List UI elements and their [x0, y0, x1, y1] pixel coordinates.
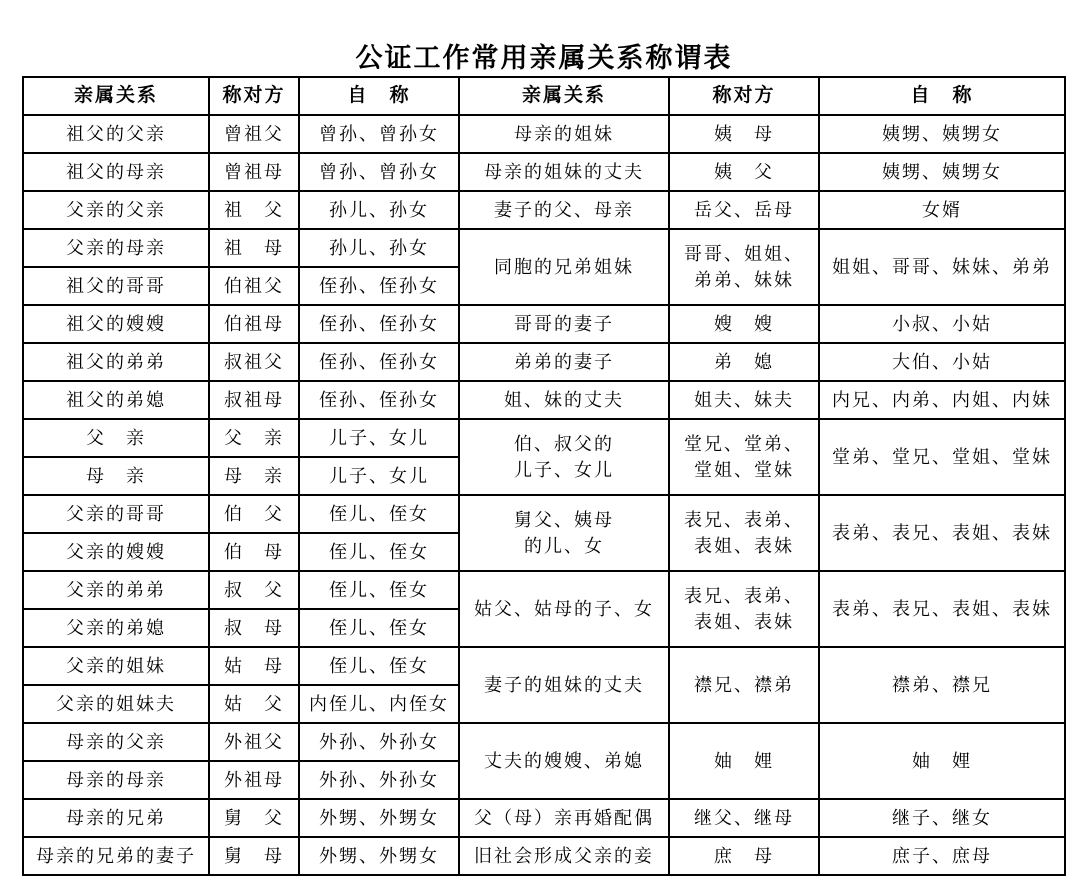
cell-relation: 舅父、姨母 的儿、女	[459, 495, 669, 571]
cell-relation: 父亲的姐妹夫	[23, 685, 209, 723]
cell-relation: 父（母）亲再婚配偶	[459, 799, 669, 837]
cell-self-term: 侄孙、侄孙女	[299, 305, 459, 343]
cell-relation: 姑父、姑母的子、女	[459, 571, 669, 647]
column-header-relation-right: 亲属关系	[459, 77, 669, 115]
cell-relation: 旧社会形成父亲的妾	[459, 837, 669, 875]
cell-call-term: 弟 媳	[669, 343, 819, 381]
cell-self-term: 姨甥、姨甥女	[819, 115, 1065, 153]
cell-self-term: 侄孙、侄孙女	[299, 381, 459, 419]
cell-call-term: 姨 母	[669, 115, 819, 153]
cell-relation: 祖父的嫂嫂	[23, 305, 209, 343]
cell-self-term: 侄儿、侄女	[299, 571, 459, 609]
cell-self-term: 侄儿、侄女	[299, 495, 459, 533]
cell-relation: 父亲的哥哥	[23, 495, 209, 533]
cell-self-term: 侄孙、侄孙女	[299, 267, 459, 305]
cell-call-term: 外祖父	[209, 723, 299, 761]
cell-call-term: 叔祖父	[209, 343, 299, 381]
cell-relation: 母亲的姐妹	[459, 115, 669, 153]
cell-self-term: 内侄儿、内侄女	[299, 685, 459, 723]
cell-call-term: 祖 母	[209, 229, 299, 267]
cell-relation: 祖父的父亲	[23, 115, 209, 153]
table-row: 父亲的哥哥 伯 父 侄儿、侄女 舅父、姨母 的儿、女 表兄、表弟、 表姐、表妹 …	[23, 495, 1065, 533]
cell-self-term: 曾孙、曾孙女	[299, 115, 459, 153]
header-row: 亲属关系 称对方 自 称 亲属关系 称对方 自 称	[23, 77, 1065, 115]
cell-call-term: 岳父、岳母	[669, 191, 819, 229]
cell-call-term: 姐夫、妹夫	[669, 381, 819, 419]
cell-self-term: 妯 娌	[819, 723, 1065, 799]
cell-call-term: 祖 父	[209, 191, 299, 229]
cell-self-term: 外甥、外甥女	[299, 799, 459, 837]
cell-relation: 祖父的哥哥	[23, 267, 209, 305]
cell-relation: 祖父的弟弟	[23, 343, 209, 381]
table-row: 母亲的兄弟 舅 父 外甥、外甥女 父（母）亲再婚配偶 继父、继母 继子、继女	[23, 799, 1065, 837]
cell-call-term: 舅 父	[209, 799, 299, 837]
table-row: 母亲的父亲 外祖父 外孙、外孙女 丈夫的嫂嫂、弟媳 妯 娌 妯 娌	[23, 723, 1065, 761]
cell-relation: 父亲的弟弟	[23, 571, 209, 609]
cell-relation: 丈夫的嫂嫂、弟媳	[459, 723, 669, 799]
cell-self-term: 侄儿、侄女	[299, 647, 459, 685]
cell-relation: 母 亲	[23, 457, 209, 495]
cell-relation: 父亲的父亲	[23, 191, 209, 229]
column-header-call-left: 称对方	[209, 77, 299, 115]
table-row: 母亲的兄弟的妻子 舅 母 外甥、外甥女 旧社会形成父亲的妾 庶 母 庶子、庶母	[23, 837, 1065, 875]
cell-relation: 妻子的姐妹的丈夫	[459, 647, 669, 723]
cell-call-term: 姑 父	[209, 685, 299, 723]
cell-call-term: 伯 父	[209, 495, 299, 533]
cell-self-term: 侄儿、侄女	[299, 533, 459, 571]
table-row: 祖父的弟弟 叔祖父 侄孙、侄孙女 弟弟的妻子 弟 媳 大伯、小姑	[23, 343, 1065, 381]
cell-call-term: 父 亲	[209, 419, 299, 457]
cell-self-term: 侄儿、侄女	[299, 609, 459, 647]
cell-self-term: 小叔、小姑	[819, 305, 1065, 343]
cell-relation: 弟弟的妻子	[459, 343, 669, 381]
cell-self-term: 外甥、外甥女	[299, 837, 459, 875]
cell-relation: 父亲的姐妹	[23, 647, 209, 685]
table-row: 父亲的弟弟 叔 父 侄儿、侄女 姑父、姑母的子、女 表兄、表弟、 表姐、表妹 表…	[23, 571, 1065, 609]
cell-call-term: 叔 母	[209, 609, 299, 647]
cell-call-term: 曾祖母	[209, 153, 299, 191]
cell-self-term: 外孙、外孙女	[299, 761, 459, 799]
table-row: 父亲的姐妹 姑 母 侄儿、侄女 妻子的姐妹的丈夫 襟兄、襟弟 襟弟、襟兄	[23, 647, 1065, 685]
cell-relation: 姐、妹的丈夫	[459, 381, 669, 419]
cell-call-term: 外祖母	[209, 761, 299, 799]
column-header-call-right: 称对方	[669, 77, 819, 115]
column-header-self-left: 自 称	[299, 77, 459, 115]
cell-self-term: 儿子、女儿	[299, 419, 459, 457]
document-page: 公证工作常用亲属关系称谓表 亲属关系 称对方 自 称 亲属关系 称对方 自 称 …	[0, 0, 1088, 890]
cell-self-term: 大伯、小姑	[819, 343, 1065, 381]
page-title: 公证工作常用亲属关系称谓表	[0, 36, 1088, 75]
cell-self-term: 表弟、表兄、表姐、表妹	[819, 495, 1065, 571]
cell-relation: 母亲的姐妹的丈夫	[459, 153, 669, 191]
cell-self-term: 孙儿、孙女	[299, 229, 459, 267]
cell-relation: 父亲的嫂嫂	[23, 533, 209, 571]
table-row: 父亲的母亲 祖 母 孙儿、孙女 同胞的兄弟姐妹 哥哥、姐姐、 弟弟、妹妹 姐姐、…	[23, 229, 1065, 267]
cell-relation: 同胞的兄弟姐妹	[459, 229, 669, 305]
cell-call-term: 庶 母	[669, 837, 819, 875]
cell-self-term: 内兄、内弟、内姐、内妹	[819, 381, 1065, 419]
table-row: 祖父的弟媳 叔祖母 侄孙、侄孙女 姐、妹的丈夫 姐夫、妹夫 内兄、内弟、内姐、内…	[23, 381, 1065, 419]
cell-self-term: 姐姐、哥哥、妹妹、弟弟	[819, 229, 1065, 305]
cell-call-term: 舅 母	[209, 837, 299, 875]
table-row: 祖父的母亲 曾祖母 曾孙、曾孙女 母亲的姐妹的丈夫 姨 父 姨甥、姨甥女	[23, 153, 1065, 191]
cell-relation: 母亲的兄弟	[23, 799, 209, 837]
cell-call-term: 姨 父	[669, 153, 819, 191]
cell-relation: 母亲的母亲	[23, 761, 209, 799]
cell-call-term: 伯祖母	[209, 305, 299, 343]
cell-self-term: 襟弟、襟兄	[819, 647, 1065, 723]
cell-call-term: 继父、继母	[669, 799, 819, 837]
column-header-self-right: 自 称	[819, 77, 1065, 115]
cell-relation: 伯、叔父的 儿子、女儿	[459, 419, 669, 495]
cell-self-term: 继子、继女	[819, 799, 1065, 837]
column-header-relation-left: 亲属关系	[23, 77, 209, 115]
cell-self-term: 侄孙、侄孙女	[299, 343, 459, 381]
cell-call-term: 堂兄、堂弟、 堂姐、堂妹	[669, 419, 819, 495]
kinship-table: 亲属关系 称对方 自 称 亲属关系 称对方 自 称 祖父的父亲 曾祖父 曾孙、曾…	[22, 76, 1066, 876]
cell-call-term: 叔 父	[209, 571, 299, 609]
cell-call-term: 表兄、表弟、 表姐、表妹	[669, 495, 819, 571]
cell-self-term: 儿子、女儿	[299, 457, 459, 495]
cell-relation: 父亲的弟媳	[23, 609, 209, 647]
cell-call-term: 表兄、表弟、 表姐、表妹	[669, 571, 819, 647]
table-row: 父 亲 父 亲 儿子、女儿 伯、叔父的 儿子、女儿 堂兄、堂弟、 堂姐、堂妹 堂…	[23, 419, 1065, 457]
cell-relation: 母亲的父亲	[23, 723, 209, 761]
cell-call-term: 伯祖父	[209, 267, 299, 305]
cell-call-term: 伯 母	[209, 533, 299, 571]
cell-call-term: 嫂 嫂	[669, 305, 819, 343]
cell-self-term: 庶子、庶母	[819, 837, 1065, 875]
cell-call-term: 哥哥、姐姐、 弟弟、妹妹	[669, 229, 819, 305]
cell-call-term: 姑 母	[209, 647, 299, 685]
cell-self-term: 女婿	[819, 191, 1065, 229]
cell-self-term: 姨甥、姨甥女	[819, 153, 1065, 191]
cell-call-term: 叔祖母	[209, 381, 299, 419]
table-row: 祖父的父亲 曾祖父 曾孙、曾孙女 母亲的姐妹 姨 母 姨甥、姨甥女	[23, 115, 1065, 153]
table-row: 祖父的嫂嫂 伯祖母 侄孙、侄孙女 哥哥的妻子 嫂 嫂 小叔、小姑	[23, 305, 1065, 343]
cell-call-term: 曾祖父	[209, 115, 299, 153]
cell-relation: 祖父的弟媳	[23, 381, 209, 419]
cell-self-term: 表弟、表兄、表姐、表妹	[819, 571, 1065, 647]
cell-relation: 祖父的母亲	[23, 153, 209, 191]
table-row: 父亲的父亲 祖 父 孙儿、孙女 妻子的父、母亲 岳父、岳母 女婿	[23, 191, 1065, 229]
cell-relation: 哥哥的妻子	[459, 305, 669, 343]
cell-relation: 妻子的父、母亲	[459, 191, 669, 229]
cell-self-term: 外孙、外孙女	[299, 723, 459, 761]
cell-call-term: 母 亲	[209, 457, 299, 495]
cell-relation: 母亲的兄弟的妻子	[23, 837, 209, 875]
cell-relation: 父亲的母亲	[23, 229, 209, 267]
cell-call-term: 襟兄、襟弟	[669, 647, 819, 723]
cell-self-term: 孙儿、孙女	[299, 191, 459, 229]
cell-call-term: 妯 娌	[669, 723, 819, 799]
cell-self-term: 曾孙、曾孙女	[299, 153, 459, 191]
cell-relation: 父 亲	[23, 419, 209, 457]
cell-self-term: 堂弟、堂兄、堂姐、堂妹	[819, 419, 1065, 495]
